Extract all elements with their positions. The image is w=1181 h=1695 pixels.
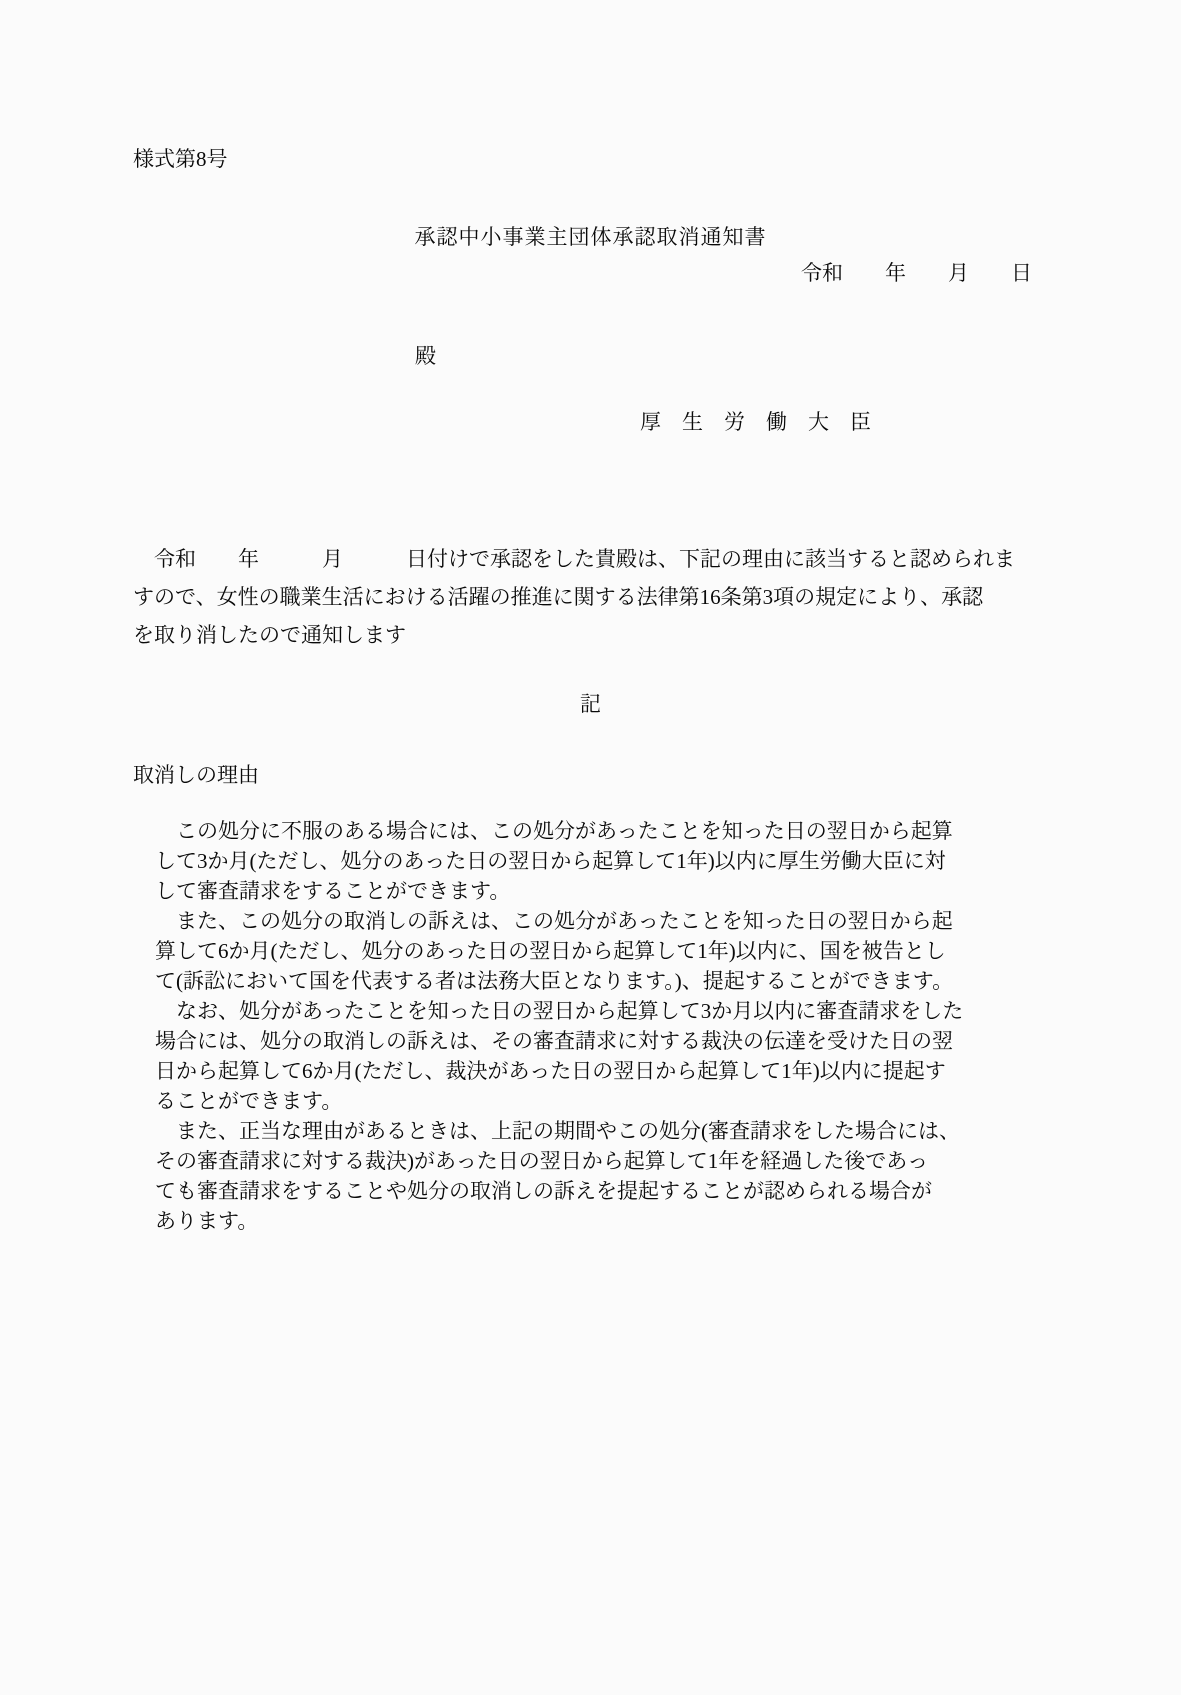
document-title: 承認中小事業主団体承認取消通知書: [0, 221, 1181, 251]
record-marker: 記: [0, 688, 1181, 718]
notification-body-paragraph: 令和 年 月 日付けで承認をした貴殿は、下記の理由に該当すると認められま すので…: [133, 540, 1015, 654]
revocation-reason-heading: 取消しの理由: [133, 759, 259, 789]
form-number: 様式第8号: [133, 143, 228, 173]
issue-date-line: 令和 年 月 日: [801, 257, 1032, 287]
addressee-honorific: 殿: [415, 340, 436, 370]
document-page: 様式第8号 承認中小事業主団体承認取消通知書 令和 年 月 日 殿 厚 生 労 …: [0, 0, 1181, 1695]
sender-title: 厚 生 労 働 大 臣: [640, 406, 871, 436]
appeal-instructions-paragraph: この処分に不服のある場合には、この処分があったことを知った日の翌日から起算 して…: [155, 816, 963, 1236]
